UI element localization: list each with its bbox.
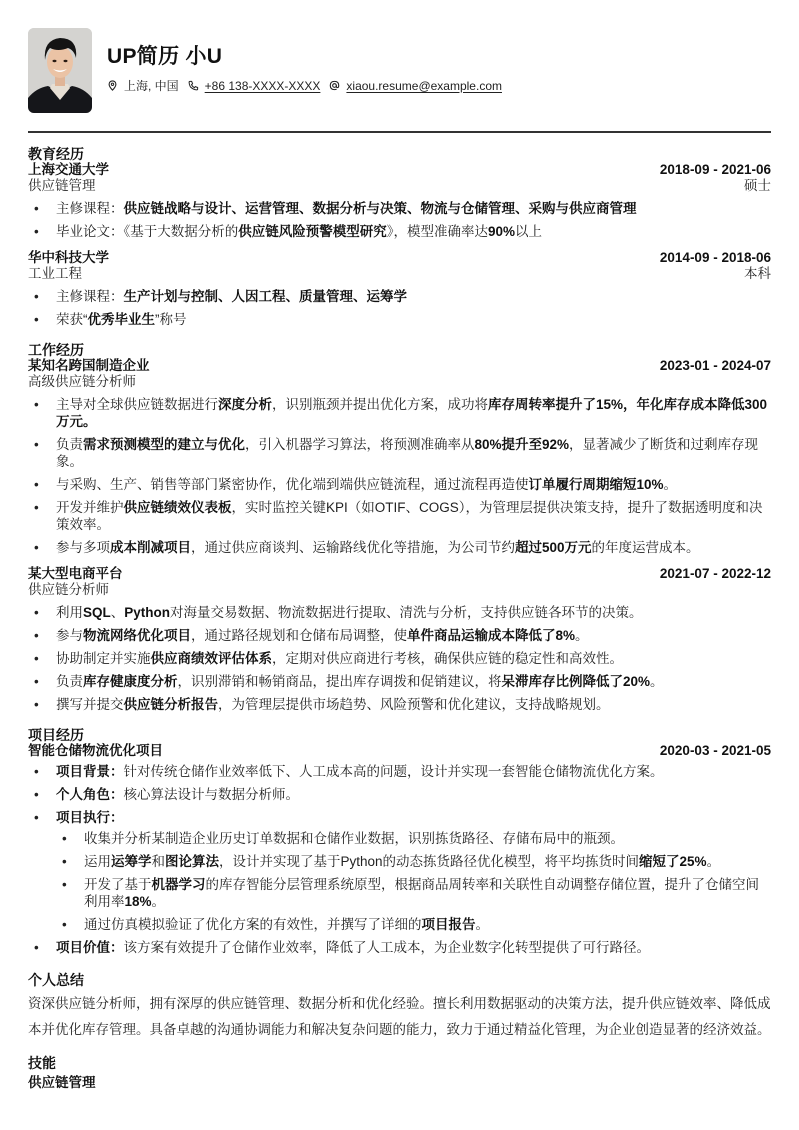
bullet-item: 参与物流网络优化项目，通过路径规划和仓储布局调整，使单件商品运输成本降低了8%。 [28, 627, 771, 644]
location-text: 上海, 中国 [124, 78, 179, 94]
bullet-item: 利用SQL、Python对海量交易数据、物流数据进行提取、清洗与分析，支持供应链… [28, 604, 771, 621]
school-name: 上海交通大学 [28, 162, 109, 178]
avatar-illustration [28, 28, 92, 113]
projects-section: 项目经历 智能仓储物流优化项目 2020-03 - 2021-05 项目背景：针… [28, 727, 771, 956]
education-entry: 上海交通大学 2018-09 - 2021-06 供应链管理 硕士 主修课程：供… [28, 162, 771, 240]
email-link[interactable]: xiaou.resume@example.com [346, 78, 502, 94]
sub-bullet-item: 通过仿真模拟验证了优化方案的有效性，并撰写了详细的项目报告。 [56, 916, 771, 933]
entry-date: 2014-09 - 2018-06 [660, 250, 771, 266]
job-role: 供应链分析师 [28, 582, 109, 598]
resume-page: UP简历 小U 上海, 中国 +86 138-XXXX-XXXX [0, 0, 799, 1130]
entry-date: 2021-07 - 2022-12 [660, 566, 771, 582]
education-section: 教育经历 上海交通大学 2018-09 - 2021-06 供应链管理 硕士 主… [28, 146, 771, 328]
bullet-item: 项目执行： 收集并分析某制造企业历史订单数据和仓储作业数据，识别拣货路径、存储布… [28, 809, 771, 933]
company-name: 某知名跨国制造企业 [28, 358, 150, 374]
sub-bullet-item: 开发了基于机器学习的库存智能分层管理系统原型，根据商品周转率和关联性自动调整存储… [56, 876, 771, 910]
bullet-list: 项目背景：针对传统仓储作业效率低下、人工成本高的问题，设计并实现一套智能仓储物流… [28, 763, 771, 956]
summary-text: 资深供应链分析师，拥有深厚的供应链管理、数据分析和优化经验。擅长利用数据驱动的决… [28, 991, 771, 1043]
project-entry: 智能仓储物流优化项目 2020-03 - 2021-05 项目背景：针对传统仓储… [28, 743, 771, 956]
bullet-item: 项目价值：该方案有效提升了仓储作业效率，降低了人工成本，为企业数字化转型提供了可… [28, 939, 771, 956]
sub-bullet-list: 收集并分析某制造企业历史订单数据和仓储作业数据，识别拣货路径、存储布局中的瓶颈。… [56, 830, 771, 933]
section-title-summary: 个人总结 [28, 972, 771, 988]
at-sign-icon [329, 80, 340, 91]
bullet-item: 项目背景：针对传统仓储作业效率低下、人工成本高的问题，设计并实现一套智能仓储物流… [28, 763, 771, 780]
email-item[interactable]: xiaou.resume@example.com [329, 78, 502, 94]
bullet-item: 主修课程：供应链战略与设计、运营管理、数据分析与决策、物流与仓储管理、采购与供应… [28, 200, 771, 217]
job-role: 高级供应链分析师 [28, 374, 136, 390]
section-title-skills: 技能 [28, 1055, 771, 1071]
resume-content: 教育经历 上海交通大学 2018-09 - 2021-06 供应链管理 硕士 主… [28, 146, 771, 1091]
skills-section: 技能 供应链管理 [28, 1055, 771, 1091]
bullet-item: 参与多项成本削减项目，通过供应商谈判、运输路线优化等措施，为公司节约超过500万… [28, 539, 771, 556]
sub-bullet-item: 收集并分析某制造企业历史订单数据和仓储作业数据，识别拣货路径、存储布局中的瓶颈。 [56, 830, 771, 847]
bullet-item: 主导对全球供应链数据进行深度分析，识别瓶颈并提出优化方案，成功将库存周转率提升了… [28, 396, 771, 430]
profile-photo [28, 28, 92, 113]
phone-item[interactable]: +86 138-XXXX-XXXX [188, 78, 321, 94]
bullet-list: 主修课程：供应链战略与设计、运营管理、数据分析与决策、物流与仓储管理、采购与供应… [28, 200, 771, 240]
skill-group-name: 供应链管理 [28, 1071, 771, 1091]
bullet-item: 主修课程：生产计划与控制、人因工程、质量管理、运筹学 [28, 288, 771, 305]
candidate-name: UP简历 小U [107, 44, 511, 70]
resume-header: UP简历 小U 上海, 中国 +86 138-XXXX-XXXX [28, 28, 511, 113]
major: 供应链管理 [28, 178, 96, 194]
bullet-item: 毕业论文：《基于大数据分析的供应链风险预警模型研究》，模型准确率达90%以上 [28, 223, 771, 240]
section-title-education: 教育经历 [28, 146, 771, 162]
bullet-item: 协助制定并实施供应商绩效评估体系，定期对供应商进行考核，确保供应链的稳定性和高效… [28, 650, 771, 667]
project-name: 智能仓储物流优化项目 [28, 743, 163, 759]
bullet-item: 负责库存健康度分析，识别滞销和畅销商品，提出库存调拨和促销建议，将呆滞库存比例降… [28, 673, 771, 690]
company-name: 某大型电商平台 [28, 566, 123, 582]
entry-date: 2020-03 - 2021-05 [660, 743, 771, 759]
work-section: 工作经历 某知名跨国制造企业 2023-01 - 2024-07 高级供应链分析… [28, 342, 771, 713]
sub-bullet-item: 运用运筹学和图论算法，设计并实现了基于Python的动态拣货路径优化模型，将平均… [56, 853, 771, 870]
section-title-work: 工作经历 [28, 342, 771, 358]
bullet-list: 主修课程：生产计划与控制、人因工程、质量管理、运筹学 荣获“优秀毕业生”称号 [28, 288, 771, 328]
header-divider [28, 131, 771, 133]
location-item: 上海, 中国 [107, 78, 179, 94]
contact-row: 上海, 中国 +86 138-XXXX-XXXX xiaou.resume@ex… [107, 78, 511, 94]
work-entry: 某大型电商平台 2021-07 - 2022-12 供应链分析师 利用SQL、P… [28, 566, 771, 713]
degree: 本科 [744, 266, 771, 282]
education-entry: 华中科技大学 2014-09 - 2018-06 工业工程 本科 主修课程：生产… [28, 250, 771, 328]
bullet-list: 主导对全球供应链数据进行深度分析，识别瓶颈并提出优化方案，成功将库存周转率提升了… [28, 396, 771, 556]
work-entry: 某知名跨国制造企业 2023-01 - 2024-07 高级供应链分析师 主导对… [28, 358, 771, 556]
bullet-item: 撰写并提交供应链分析报告，为管理层提供市场趋势、风险预警和优化建议，支持战略规划… [28, 696, 771, 713]
phone-icon [188, 80, 199, 91]
bullet-item: 开发并维护供应链绩效仪表板，实时监控关键KPI（如OTIF、COGS），为管理层… [28, 499, 771, 533]
bullet-list: 利用SQL、Python对海量交易数据、物流数据进行提取、清洗与分析，支持供应链… [28, 604, 771, 713]
entry-date: 2023-01 - 2024-07 [660, 358, 771, 374]
summary-section: 个人总结 资深供应链分析师，拥有深厚的供应链管理、数据分析和优化经验。擅长利用数… [28, 972, 771, 1043]
bullet-item: 与采购、生产、销售等部门紧密协作，优化端到端供应链流程，通过流程再造使订单履行周… [28, 476, 771, 493]
school-name: 华中科技大学 [28, 250, 109, 266]
section-title-projects: 项目经历 [28, 727, 771, 743]
bullet-item: 个人角色：核心算法设计与数据分析师。 [28, 786, 771, 803]
entry-date: 2018-09 - 2021-06 [660, 162, 771, 178]
major: 工业工程 [28, 266, 82, 282]
bullet-item: 荣获“优秀毕业生”称号 [28, 311, 771, 328]
degree: 硕士 [744, 178, 771, 194]
location-pin-icon [107, 80, 118, 91]
phone-link[interactable]: +86 138-XXXX-XXXX [205, 78, 321, 94]
bullet-item: 负责需求预测模型的建立与优化，引入机器学习算法，将预测准确率从80%提升至92%… [28, 436, 771, 470]
